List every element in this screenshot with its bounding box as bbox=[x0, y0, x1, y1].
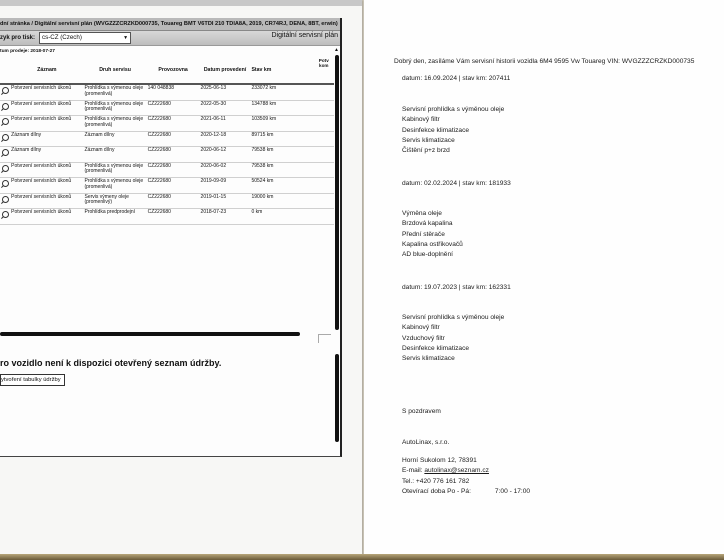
magnifier-icon[interactable] bbox=[2, 103, 9, 110]
record-cell: Záznam dílny bbox=[10, 147, 83, 163]
detail-cell[interactable] bbox=[0, 178, 10, 194]
language-label: zyk pro tisk: bbox=[0, 35, 35, 41]
address: Horní Sukolom 12, 78391 bbox=[402, 456, 530, 466]
service-history-table: Záznam Druh servisu Provozovna Datum pro… bbox=[0, 57, 334, 225]
record-cell: Potvrzení servisních úkonů bbox=[10, 116, 83, 132]
magnifier-icon[interactable] bbox=[2, 149, 9, 156]
entry-item: Čištění p+z brzd bbox=[402, 146, 504, 156]
entry-header: datum: 19.07.2023 | stav km: 162331 bbox=[402, 283, 511, 293]
service-table-area: Záznam Druh servisu Provozovna Datum pro… bbox=[0, 57, 340, 317]
workshop-cell: CZ222680 bbox=[147, 193, 200, 209]
detail-cell[interactable] bbox=[0, 209, 10, 225]
entry-item: Servis klimatizace bbox=[402, 136, 504, 146]
service-type-cell: Záznam dílny bbox=[83, 147, 146, 163]
empty-cell bbox=[291, 116, 313, 132]
col-confirm[interactable]: Potv kom bbox=[314, 57, 334, 84]
detail-cell[interactable] bbox=[0, 162, 10, 178]
service-entry-1: datum: 16.09.2024 | stav km: 207411 bbox=[402, 74, 510, 84]
entry-item: Desinfekce klimatizace bbox=[402, 126, 504, 136]
entry-header: datum: 16.09.2024 | stav km: 207411 bbox=[402, 74, 510, 84]
entry-item: Servisní prohlídka s výměnou oleje bbox=[402, 313, 504, 323]
scroll-up-icon[interactable]: ▲ bbox=[334, 47, 339, 53]
record-cell: Potvrzení servisních úkonů bbox=[10, 84, 83, 100]
empty-cell bbox=[291, 209, 313, 225]
confirm-cell bbox=[314, 162, 334, 178]
service-entry-2-items: Výměna oleje Brzdová kapalina Přední stě… bbox=[402, 209, 463, 260]
confirm-cell bbox=[314, 178, 334, 194]
record-cell: Potvrzení servisních úkonů bbox=[10, 100, 83, 116]
table-row[interactable]: Potvrzení servisních úkonůServis výmeny … bbox=[0, 193, 334, 209]
date-cell: 2025-06-13 bbox=[200, 84, 251, 100]
magnifier-icon[interactable] bbox=[2, 165, 9, 172]
table-row[interactable]: Potvrzení servisních úkonůProhlídka s vý… bbox=[0, 100, 334, 116]
desk-surface bbox=[0, 554, 724, 560]
km-cell: 79538 km bbox=[250, 147, 291, 163]
closing: S pozdravem bbox=[402, 408, 441, 415]
panel-title: Digitální servisní plán bbox=[271, 32, 338, 39]
detail-cell[interactable] bbox=[0, 131, 10, 147]
record-cell: Potvrzení servisních úkonů bbox=[10, 162, 83, 178]
confirm-cell bbox=[314, 100, 334, 116]
empty-cell bbox=[291, 147, 313, 163]
create-maintenance-table-button[interactable]: ytvoření tabulky údržby bbox=[0, 374, 65, 386]
language-select[interactable]: cs-CZ (Czech) ▼ bbox=[39, 32, 131, 44]
empty-cell bbox=[291, 84, 313, 100]
entry-item: Desinfekce klimatizace bbox=[402, 344, 504, 354]
service-type-cell: Prohlídka s výmenou oleje (promenlivá) bbox=[83, 162, 146, 178]
magnifier-icon[interactable] bbox=[2, 87, 9, 94]
toolbar: zyk pro tisk: cs-CZ (Czech) ▼ Digitální … bbox=[0, 31, 340, 46]
service-type-cell: Prohlídka predprodejní bbox=[83, 209, 146, 225]
service-entry-2: datum: 02.02.2024 | stav km: 181933 bbox=[402, 179, 511, 189]
empty-cell bbox=[291, 100, 313, 116]
service-type-cell: Prohlídka s výmenou oleje (promenlivá) bbox=[83, 100, 146, 116]
service-entry-1-items: Servisní prohlídka s výměnou oleje Kabin… bbox=[402, 105, 504, 156]
service-type-cell: Servis výmeny oleje (promenlivý) bbox=[83, 193, 146, 209]
workshop-cell: 140 048838 bbox=[147, 84, 200, 100]
table-vertical-scrollbar[interactable]: ▲ bbox=[334, 47, 340, 347]
table-row[interactable]: Potvrzení servisních úkonůProhlídka s vý… bbox=[0, 178, 334, 194]
workshop-cell: CZ222680 bbox=[147, 178, 200, 194]
col-empty bbox=[291, 57, 313, 84]
empty-cell bbox=[291, 162, 313, 178]
workshop-cell: CZ222680 bbox=[147, 100, 200, 116]
no-plan-message: ro vozidlo není k dispozici otevřený sez… bbox=[0, 358, 340, 368]
service-history-letter: Dobrý den, zasíláme Vám servisní histori… bbox=[364, 0, 724, 556]
km-cell: 134788 km bbox=[250, 100, 291, 116]
confirm-cell bbox=[314, 116, 334, 132]
hours-line: Otevírací doba Po - Pá:7:00 - 17:00 bbox=[402, 487, 530, 497]
record-cell: Záznam dílny bbox=[10, 131, 83, 147]
table-row[interactable]: Záznam dílnyZáznam dílnyCZ2226802020-06-… bbox=[0, 147, 334, 163]
date-cell: 2021-06-11 bbox=[200, 116, 251, 132]
detail-cell[interactable] bbox=[0, 84, 10, 100]
scroll-corner bbox=[318, 334, 331, 343]
km-cell: 19000 km bbox=[250, 193, 291, 209]
table-row[interactable]: Potvrzení servisních úkonůProhlídka s vý… bbox=[0, 116, 334, 132]
record-cell: Potvrzení servisních úkonů bbox=[10, 193, 83, 209]
entry-item: AD blue-doplnění bbox=[402, 250, 463, 260]
col-record[interactable]: Záznam bbox=[10, 57, 83, 84]
date-cell: 2022-05-30 bbox=[200, 100, 251, 116]
service-type-cell: Prohlídka s výmenou oleje (promenlivá) bbox=[83, 116, 146, 132]
col-service-type[interactable]: Druh servisu bbox=[83, 57, 146, 84]
service-type-cell: Prohlídka s výmenou oleje (promenlivá) bbox=[83, 84, 146, 100]
workshop-cell: CZ222680 bbox=[147, 116, 200, 132]
magnifier-icon[interactable] bbox=[2, 118, 9, 125]
entry-item: Vzduchový filtr bbox=[402, 334, 504, 344]
confirm-cell bbox=[314, 131, 334, 147]
chevron-down-icon: ▼ bbox=[123, 33, 128, 43]
table-row[interactable]: Potvrzení servisních úkonůProhlídka s vý… bbox=[0, 84, 334, 100]
date-cell: 2018-07-23 bbox=[200, 209, 251, 225]
entry-item: Kabinový filtr bbox=[402, 115, 504, 125]
empty-cell bbox=[291, 193, 313, 209]
entry-header: datum: 02.02.2024 | stav km: 181933 bbox=[402, 179, 511, 189]
workshop-cell: CZ222680 bbox=[147, 209, 200, 225]
col-date[interactable]: Datum provedení bbox=[200, 57, 251, 84]
km-cell: 50524 km bbox=[250, 178, 291, 194]
contact-block: Horní Sukolom 12, 78391 E-mail: autolina… bbox=[402, 456, 530, 497]
service-entry-3-items: Servisní prohlídka s výměnou oleje Kabin… bbox=[402, 313, 504, 364]
table-horizontal-scrollbar[interactable] bbox=[0, 332, 300, 336]
letter-greeting: Dobrý den, zasíláme Vám servisní histori… bbox=[394, 58, 694, 65]
entry-item: Výměna oleje bbox=[402, 209, 463, 219]
left-printout-sheet: dní stránka / Digitální servisní plán (W… bbox=[0, 0, 362, 556]
detail-cell[interactable] bbox=[0, 100, 10, 116]
empty-cell bbox=[291, 178, 313, 194]
magnifier-icon[interactable] bbox=[2, 180, 9, 187]
empty-cell bbox=[291, 131, 313, 147]
hours-label: Otevírací doba Po - Pá: bbox=[402, 488, 471, 495]
table-row[interactable]: Záznam dílnyZáznam dílnyCZ2226802020-12-… bbox=[0, 131, 334, 147]
email-line: E-mail: autolinax@seznam.cz bbox=[402, 466, 530, 476]
service-type-cell: Záznam dílny bbox=[83, 131, 146, 147]
panel-vertical-scrollbar[interactable] bbox=[334, 344, 340, 456]
date-cell: 2019-01-15 bbox=[200, 193, 251, 209]
phone: Tel.: +420 776 161 782 bbox=[402, 477, 530, 487]
entry-item: Přední stěrače bbox=[402, 230, 463, 240]
km-cell: 79538 km bbox=[250, 162, 291, 178]
km-cell: 89715 km bbox=[250, 131, 291, 147]
service-entry-3: datum: 19.07.2023 | stav km: 162331 bbox=[402, 283, 511, 293]
entry-item: Servis klimatizace bbox=[402, 354, 504, 364]
km-cell: 0 km bbox=[250, 209, 291, 225]
entry-item: Brzdová kapalina bbox=[402, 219, 463, 229]
confirm-cell bbox=[314, 209, 334, 225]
col-workshop[interactable]: Provozovna bbox=[147, 57, 200, 84]
confirm-cell bbox=[314, 147, 334, 163]
magnifier-icon[interactable] bbox=[2, 211, 9, 218]
email-link[interactable]: autolinax@seznam.cz bbox=[424, 467, 489, 474]
service-plan-window: dní stránka / Digitální servisní plán (W… bbox=[0, 18, 342, 356]
table-row[interactable]: Potvrzení servisních úkonůProhlídka s vý… bbox=[0, 162, 334, 178]
detail-cell[interactable] bbox=[0, 193, 10, 209]
workshop-cell: CZ222680 bbox=[147, 147, 200, 163]
km-cell: 103509 km bbox=[250, 116, 291, 132]
company-name: AutoLinax, s.r.o. bbox=[402, 439, 449, 446]
magnifier-icon[interactable] bbox=[2, 134, 9, 141]
magnifier-icon[interactable] bbox=[2, 196, 9, 203]
km-cell: 233072 km bbox=[250, 84, 291, 100]
date-cell: 2020-06-02 bbox=[200, 162, 251, 178]
confirm-cell bbox=[314, 84, 334, 100]
detail-cell[interactable] bbox=[0, 116, 10, 132]
scroll-thumb[interactable] bbox=[335, 354, 339, 442]
workshop-cell: CZ222680 bbox=[147, 131, 200, 147]
email-label: E-mail: bbox=[402, 467, 424, 474]
entry-item: Servisní prohlídka s výměnou oleje bbox=[402, 105, 504, 115]
sheet-edge bbox=[0, 0, 362, 6]
workshop-cell: CZ222680 bbox=[147, 162, 200, 178]
language-selected: cs-CZ (Czech) bbox=[42, 34, 82, 41]
entry-item: Kabinový filtr bbox=[402, 323, 504, 333]
scroll-thumb[interactable] bbox=[335, 55, 339, 330]
window-title: dní stránka / Digitální servisní plán (W… bbox=[0, 18, 340, 31]
col-km[interactable]: Stav km bbox=[250, 57, 291, 84]
detail-cell[interactable] bbox=[0, 147, 10, 163]
date-cell: 2020-06-12 bbox=[200, 147, 251, 163]
date-cell: 2019-09-09 bbox=[200, 178, 251, 194]
record-cell: Potvrzení servisních úkonů bbox=[10, 209, 83, 225]
confirm-cell bbox=[314, 193, 334, 209]
sale-date: tum prodeje: 2018-07-27 bbox=[0, 46, 340, 57]
hours-value: 7:00 - 17:00 bbox=[495, 487, 530, 497]
record-cell: Potvrzení servisních úkonů bbox=[10, 178, 83, 194]
date-cell: 2020-12-18 bbox=[200, 131, 251, 147]
maintenance-panel: ro vozidlo není k dispozici otevřený sez… bbox=[0, 344, 342, 457]
table-row[interactable]: Potvrzení servisních úkonůProhlídka pred… bbox=[0, 209, 334, 225]
table-header: Záznam Druh servisu Provozovna Datum pro… bbox=[0, 57, 334, 84]
entry-item: Kapalina ostřikovačů bbox=[402, 240, 463, 250]
service-type-cell: Prohlídka s výmenou oleje (promenlivá) bbox=[83, 178, 146, 194]
col-icon bbox=[0, 57, 10, 84]
